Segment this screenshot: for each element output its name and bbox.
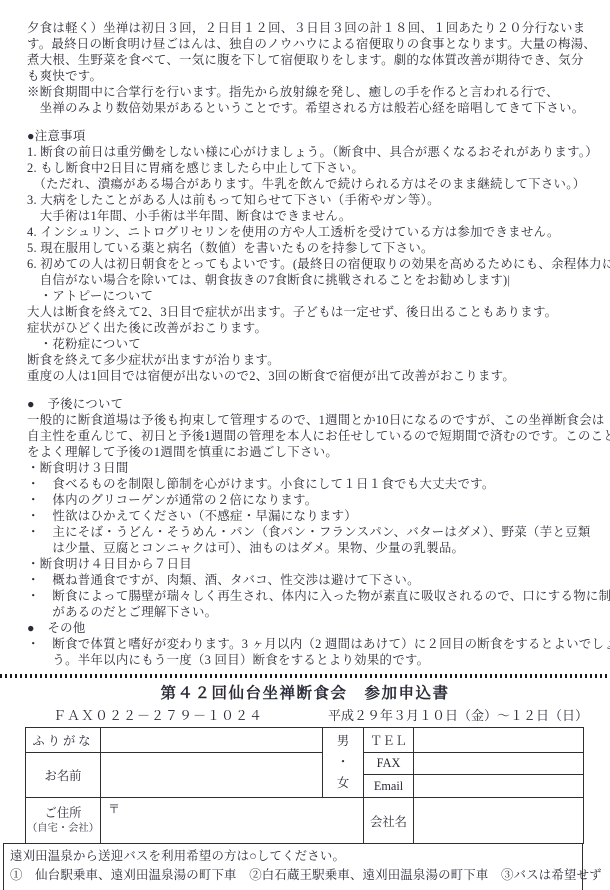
text-line: ・ 性欲はひかえてください（不感症・早漏になります）: [27, 508, 592, 524]
address-label-main: ご住所: [26, 806, 100, 821]
text-line: 一般的に断食道場は予後も拘束して管理するので、1週間とか10日になるのですが、こ…: [27, 412, 592, 428]
fax-number: ＦＡＸ０２２－２７９－１０２４: [53, 705, 263, 724]
text-line: ●注意事項: [27, 128, 592, 144]
text-line: （ただれ、潰瘍がある場合があります。牛乳を飲んで続けられる方はそのまま継続して下…: [27, 176, 592, 192]
text-section: 夕食は軽く）坐禅は初日３回，２日目１２回、３日目３回の計１８回、１回あたり２０分…: [27, 20, 592, 116]
text-line: 自主性を重んじて、初日と予後1週間の管理を本人にお任せしているので短期間で済むの…: [27, 428, 592, 444]
text-line: 自信がない場合を除いては、朝食抜きの7食断食に挑戦されることをお勧めします)|: [27, 272, 592, 288]
text-section: ●注意事項1. 断食の前日は重労働をしない様に心がけましょう。（断食中、具合が悪…: [27, 128, 592, 384]
text-line: ● 予後について: [27, 396, 592, 412]
text-line: 症状がひどく出た後に改善がおこります。: [27, 320, 592, 336]
gender-cell: 男 ・ 女: [323, 728, 364, 798]
bus-request-box: 遠刈田温泉から送迎バスを利用希望の方は○してください。 ① 仙台駅乗車、遠刈田温…: [3, 843, 583, 890]
furigana-label: ふりがな: [26, 728, 101, 753]
text-line: 煮大根、生野菜を食べて、一気に腹を下して宿便取りをします。劇的な体質改善が期待で…: [27, 52, 592, 68]
address-field: 〒: [101, 798, 364, 844]
name-field: [101, 753, 323, 798]
text-line: は少量、豆腐とコンニャクは可）、油ものはダメ。果物、少量の乳製品。: [27, 540, 592, 556]
company-field: [414, 798, 584, 844]
text-line: ・ 概ね普通食ですが、肉類、酒、タバコ、性交渉は避けて下さい。: [27, 572, 592, 588]
cut-line-separator: [0, 674, 610, 678]
text-line: ・ 断食によって腸壁が瑞々しく再生され、体内に入った物が素直に吸収されるので、口…: [27, 588, 592, 604]
text-line: 大手術は1年間、小手術は半年間、断食はできません。: [27, 208, 592, 224]
document-page: 夕食は軽く）坐禅は初日３回，２日目１２回、３日目３回の計１８回、１回あたり２０分…: [0, 0, 610, 890]
bus-instruction-line: 遠刈田温泉から送迎バスを利用希望の方は○してください。: [10, 848, 576, 865]
form-header-row: ＦＡＸ０２２－２７９－１０２４ 平成２９年３月１０日（金）～１２日（日）: [53, 705, 588, 724]
gender-separator-dot: ・: [323, 752, 363, 773]
email-field: [414, 775, 584, 798]
text-section: ● 予後について一般的に断食道場は予後も拘束して管理するので、1週間とか10日に…: [27, 396, 592, 668]
text-line: ・ 断食で体質と嗜好が変わります。3 ヶ月以内（2 週間はあけて）に２回目の断食…: [27, 636, 592, 652]
text-line: ・断食明け３日間: [27, 460, 592, 476]
document-body: 夕食は軽く）坐禅は初日３回，２日目１２回、３日目３回の計１８回、１回あたり２０分…: [0, 0, 610, 668]
event-dates: 平成２９年３月１０日（金）～１２日（日）: [328, 705, 588, 724]
text-line: う。半年以内にもう一度（3 回目）断食をするとより効果的です。: [27, 652, 592, 668]
text-line: す。最終日の断食明け昼ごはんは、独自のノウハウによる宿便取りの食事となります。大…: [27, 36, 592, 52]
fax-field: [414, 753, 584, 775]
text-line: ※断食期間中に合掌行を行います。指先から放射線を発し、癒しの手を作ると言われる行…: [27, 84, 592, 100]
text-line: をよく理解して予後の1週間を慎重にお過ごし下さい。: [27, 444, 592, 460]
tel-label: ＴＥＬ: [364, 728, 414, 753]
text-line: ・花粉症について: [27, 336, 592, 352]
application-form-table: ふりがな 男 ・ 女 ＴＥＬ お名前 FAX Email ご住所 （自宅・会社）: [25, 727, 584, 844]
text-line: ・断食明け４日目から７日目: [27, 556, 592, 572]
text-line: ・ 主にそば・うどん・そうめん・パン（食パン・フランスパン、バターはダメ）、野菜…: [27, 524, 592, 540]
text-line: 6. 初めての人は初日朝食をとってもよいです。(最終日の宿便取りの効果を高めるた…: [27, 256, 592, 272]
email-label: Email: [364, 775, 414, 798]
postal-mark: 〒: [101, 798, 120, 817]
text-line: も爽快です。: [27, 68, 592, 84]
company-label: 会社名: [364, 798, 414, 844]
text-line: ・ 食べるものを制限し節制を心がけます。小食にして１日１食でも大丈夫です。: [27, 476, 592, 492]
name-label: お名前: [26, 753, 101, 798]
gender-female-label: 女: [323, 773, 363, 794]
furigana-field: [101, 728, 323, 753]
text-line: ● その他: [27, 620, 592, 636]
address-label: ご住所 （自宅・会社）: [26, 798, 101, 844]
text-line: 坐禅のみより数倍効果があるということです。希望される方は般若心経を暗唱してきて下…: [27, 100, 592, 116]
form-title: 第４２回仙台坐禅断食会 参加申込書: [0, 681, 610, 703]
address-label-sub: （自宅・会社）: [26, 821, 100, 836]
text-line: 1. 断食の前日は重労働をしない様に心がけましょう。（断食中、具合が悪くなるおそ…: [27, 144, 592, 160]
text-line: 重度の人は1回目では宿便が出ないので2、3回の断食で宿便が出て改善がおこります。: [27, 368, 592, 384]
gender-male-label: 男: [323, 731, 363, 752]
text-line: 夕食は軽く）坐禅は初日３回，２日目１２回、３日目３回の計１８回、１回あたり２０分…: [27, 20, 592, 36]
text-line: ・アトピーについて: [27, 288, 592, 304]
text-line: 断食を終えて多少症状が出ますが治ります。: [27, 352, 592, 368]
fax-label: FAX: [364, 753, 414, 775]
text-line: 4. インシュリン、ニトログリセリンを使用の方や人工透析を受けている方は参加でき…: [27, 224, 592, 240]
text-line: 2. もし断食中2日目に胃痛を感じましたら中止して下さい。: [27, 160, 592, 176]
tel-field: [414, 728, 584, 753]
bus-options-line: ① 仙台駅乗車、遠刈田温泉湯の町下車 ②白石蔵王駅乗車、遠刈田温泉湯の町下車 ③…: [10, 867, 576, 884]
text-line: 3. 大病をしたことがある人は前もって知らせて下さい（手術やガン等）。: [27, 192, 592, 208]
text-line: ・ 体内のグリコーゲンが通常の２倍になります。: [27, 492, 592, 508]
text-line: 大人は断食を終えて2、3日目で症状が出ます。子どもは一定せず、後日出ることもあり…: [27, 304, 592, 320]
text-line: 5. 現在服用している薬と病名（数値）を書いたものを持参して下さい。: [27, 240, 592, 256]
text-line: があるのだとご理解下さい。: [27, 604, 592, 620]
